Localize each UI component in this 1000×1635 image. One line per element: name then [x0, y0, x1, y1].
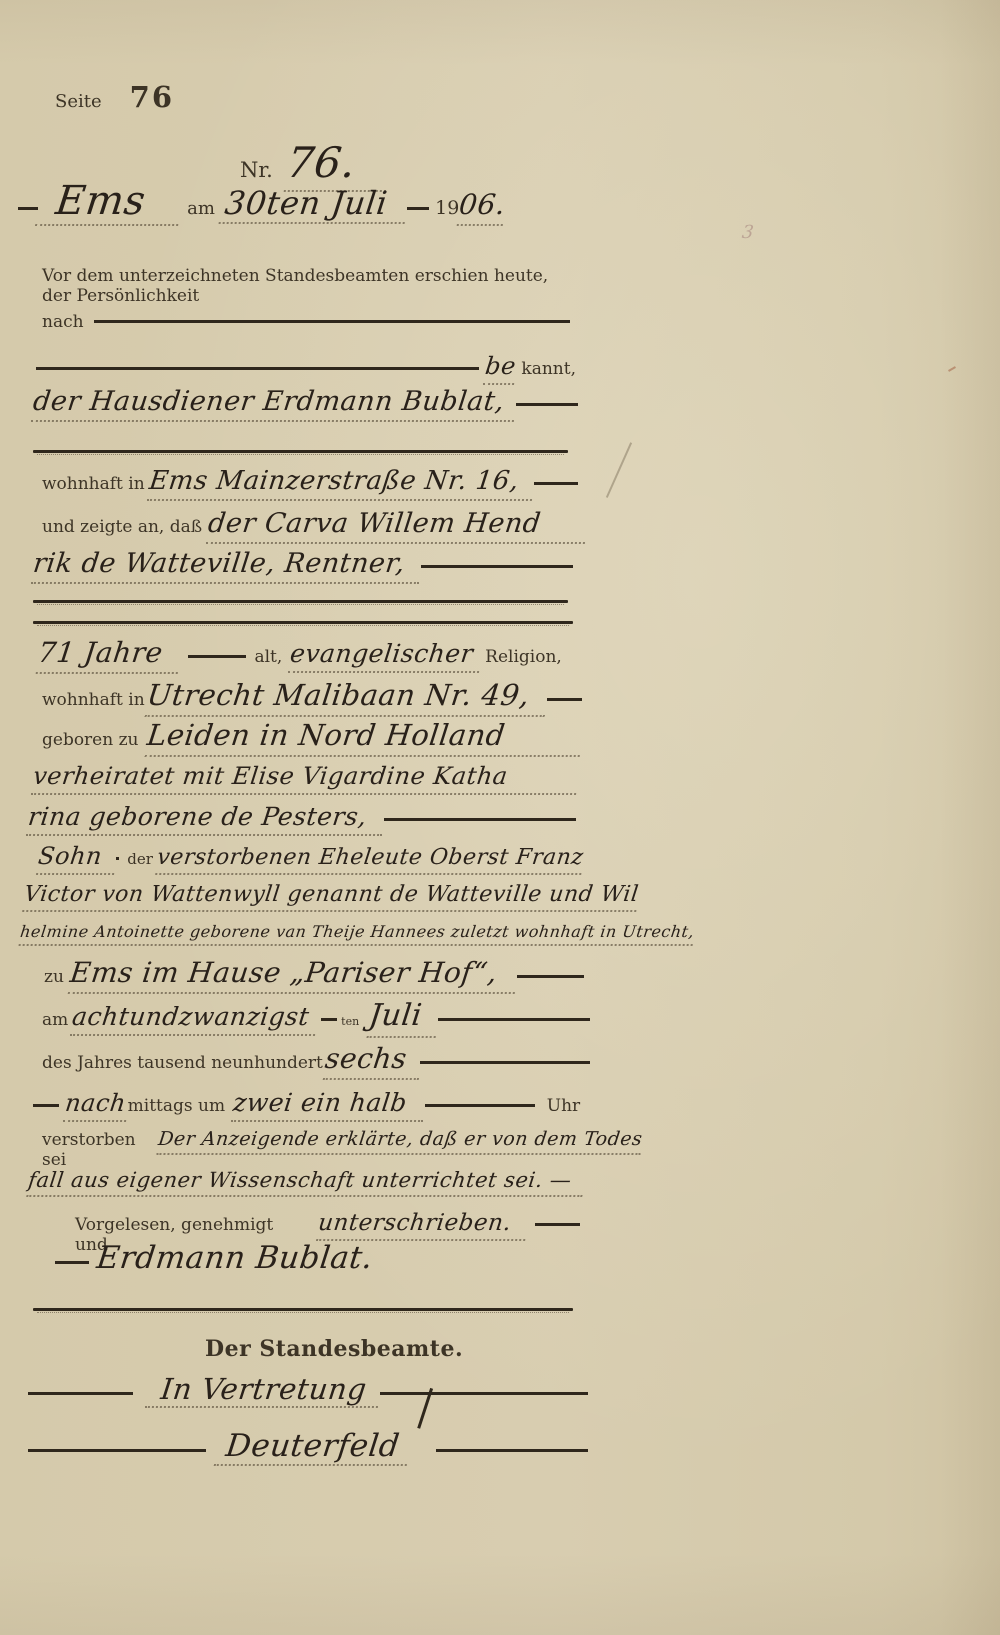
- sohn-entry: Sohn: [36, 842, 118, 875]
- date-month: Juli: [329, 184, 390, 222]
- official-signature: Deuterfeld: [214, 1428, 412, 1466]
- verstorben-label: verstorben sei: [42, 1130, 156, 1170]
- deceased-address-line: wohnhaft in Utrecht Malibaan Nr. 49,: [42, 678, 582, 717]
- age-entry: 71 Jahre: [36, 636, 183, 674]
- anzeige-line: und zeigte an, daß der Carva Willem Hend: [42, 508, 587, 544]
- year-printed: 19: [435, 197, 459, 219]
- marriage-line-2: rina geborene de Pesters,: [28, 802, 576, 836]
- mittags-label: mittags um: [128, 1096, 225, 1116]
- parents-line-2: Victor von Wattenwyll genannt de Wattevi…: [24, 882, 584, 912]
- birthplace-entry: Leiden in Nord Holland: [144, 718, 584, 757]
- deceased-name-line-2: rik de Watteville, Rentner,: [33, 548, 573, 584]
- section-rule-4: [33, 1308, 573, 1311]
- am-label-2: am: [42, 1010, 68, 1030]
- bekannt-line: be kannt,: [36, 352, 576, 385]
- death-day-line: am achtundzwanzigst ten Juli: [42, 998, 590, 1038]
- nach-label: nach: [42, 312, 84, 332]
- deceased-address: Utrecht Malibaan Nr. 49,: [144, 678, 549, 717]
- year-hand: 06.: [457, 188, 508, 226]
- section-rule-1: [33, 450, 568, 453]
- kannt-label: kannt,: [521, 359, 576, 379]
- wohnhaft-label-1: wohnhaft in: [42, 474, 145, 494]
- parents-entry-2: Victor von Wattenwyll genannt de Wattevi…: [22, 882, 640, 912]
- declarant-signature-line: Erdmann Bublat.: [55, 1240, 475, 1276]
- section-rule-2: [33, 600, 568, 603]
- paper-speck: [948, 366, 956, 372]
- death-year-line: des Jahres tausend neunhundert sechs: [42, 1042, 590, 1080]
- religion-label: Religion,: [485, 647, 562, 667]
- year-label: des Jahres tausend neunhundert: [42, 1053, 323, 1073]
- official-title-line: Der Standesbeamte.: [205, 1336, 463, 1362]
- der-label: der: [127, 850, 153, 868]
- paper-scratch: [606, 442, 632, 497]
- death-place-line: zu Ems im Hause „Pariser Hof“,: [44, 956, 584, 994]
- parents-line-3: helmine Antoinette geborene van Theije H…: [20, 922, 632, 946]
- place-date-line: Ems am 30ten Juli 19 06.: [18, 178, 558, 226]
- verstorben-line: verstorben sei Der Anzeigende erklärte, …: [42, 1128, 642, 1170]
- marriage-entry-2: rina geborene de Pesters,: [26, 802, 387, 836]
- page-number: 76: [130, 80, 174, 114]
- place-entry: Ems: [35, 178, 184, 226]
- death-place-entry: Ems im Hause „Pariser Hof“,: [68, 956, 520, 994]
- intro-line-1: Vor dem unterzeichneten Standesbeamten e…: [42, 266, 582, 306]
- deceased-name-1: der Carva Willem Hend: [206, 508, 589, 544]
- pencil-mark: 3: [741, 222, 756, 243]
- anzeige-label: und zeigte an, daß: [42, 517, 202, 537]
- parents-entry-1: verstorbenen Eheleute Oberst Franz: [155, 845, 585, 875]
- date-entry: 30ten Juli: [219, 184, 410, 224]
- declarant-address: Ems Mainzerstraße Nr. 16,: [147, 466, 537, 501]
- death-month-entry: Juli: [367, 998, 440, 1038]
- death-time-line: nach mittags um zwei ein halb Uhr: [33, 1088, 581, 1122]
- declarant-name: der Hausdiener Erdmann Bublat,: [31, 386, 518, 422]
- bekannt-hand: be: [483, 352, 518, 385]
- zu-label: zu: [44, 967, 64, 987]
- death-year-entry: sechs: [323, 1042, 423, 1080]
- section-rule-3: [33, 621, 573, 624]
- intro-text: Vor dem unterzeichneten Standesbeamten e…: [42, 266, 582, 306]
- religion-entry: evangelischer: [288, 639, 483, 673]
- geboren-label: geboren zu: [42, 730, 139, 750]
- alt-label: alt,: [254, 647, 282, 667]
- seite-label: Seite: [55, 91, 102, 112]
- official-signature-line: Deuterfeld: [28, 1414, 588, 1466]
- official-title: Der Standesbeamte.: [205, 1336, 463, 1362]
- uhr-label: Uhr: [547, 1096, 580, 1116]
- nach-entry: nach: [63, 1089, 130, 1122]
- page-header: Seite 76: [55, 80, 174, 114]
- vertretung-line: In Vertretung: [28, 1372, 588, 1408]
- marriage-entry-1: verheiratet mit Elise Vigardine Katha: [31, 762, 580, 795]
- declaration-entry-1: Der Anzeigende erklärte, daß er von dem …: [156, 1128, 643, 1155]
- declaration-line-2: fall aus eigener Wissenschaft unterricht…: [28, 1168, 584, 1197]
- marriage-line-1: verheiratet mit Elise Vigardine Katha: [33, 762, 578, 795]
- declaration-entry-2: fall aus eigener Wissenschaft unterricht…: [26, 1168, 586, 1197]
- parents-entry-3: helmine Antoinette geborene van Theije H…: [19, 922, 696, 946]
- declarant-line: der Hausdiener Erdmann Bublat,: [33, 386, 578, 422]
- parents-line-1: Sohn der verstorbenen Eheleute Oberst Fr…: [38, 842, 583, 875]
- wohnhaft-label-2: wohnhaft in: [42, 690, 145, 710]
- unterschrieben-entry: unterschrieben.: [316, 1210, 529, 1241]
- date-day: 30ten: [223, 184, 323, 222]
- ten-label: ten: [341, 1015, 359, 1028]
- death-time-entry: zwei ein halb: [231, 1088, 427, 1122]
- declarant-signature: Erdmann Bublat.: [95, 1240, 375, 1276]
- deceased-name-2: rik de Watteville, Rentner,: [31, 548, 423, 584]
- age-religion-line: 71 Jahre alt, evangelischer Religion,: [38, 636, 578, 674]
- intro-line-2: nach: [42, 312, 570, 332]
- declarant-address-line: wohnhaft in Ems Mainzerstraße Nr. 16,: [42, 466, 578, 501]
- vertretung-entry: In Vertretung: [145, 1372, 383, 1408]
- am-label: am: [187, 198, 215, 219]
- death-day-entry: achtundzwanzigst: [70, 1002, 319, 1036]
- birthplace-line: geboren zu Leiden in Nord Holland: [42, 718, 582, 757]
